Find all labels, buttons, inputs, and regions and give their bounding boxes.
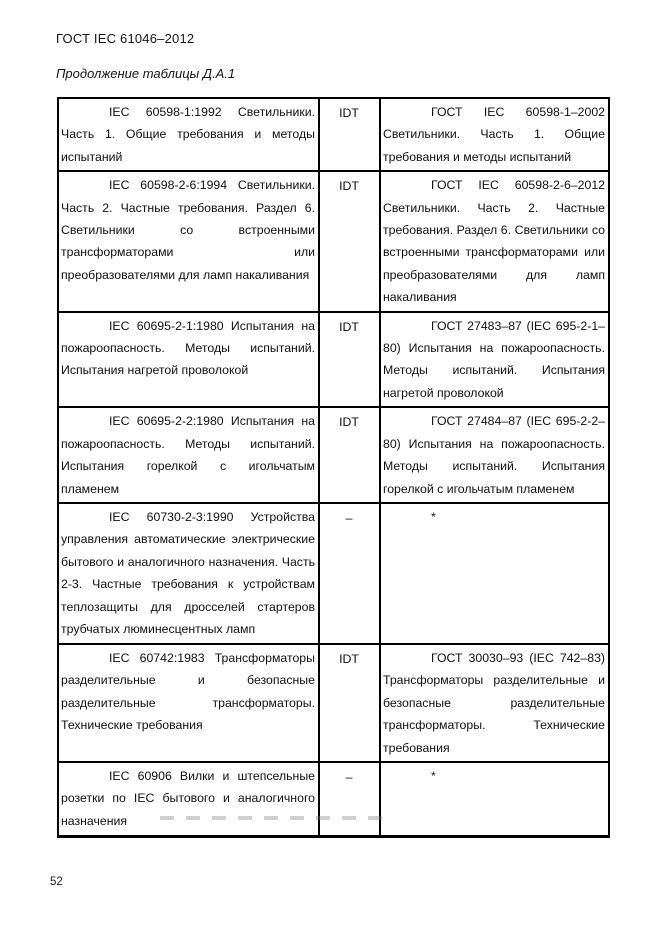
gost-standard-cell: * <box>381 763 608 835</box>
conformity-degree-cell: IDT <box>320 408 381 502</box>
table-continuation-caption: Продолжение таблицы Д.А.1 <box>56 66 235 81</box>
conformity-degree-cell: – <box>320 763 381 835</box>
iec-standard-cell: IEC 60695-2-1:1980 Испытания на пожарооп… <box>59 313 320 407</box>
iec-standard-cell: IEC 60906 Вилки и штепсельные розетки по… <box>59 763 320 835</box>
iec-standard-cell: IEC 60598-2-6:1994 Светильники. Часть 2.… <box>59 172 320 310</box>
table-row: IEC 60598-1:1992 Светильники. Часть 1. О… <box>59 99 608 172</box>
iec-standard-cell: IEC 60598-1:1992 Светильники. Часть 1. О… <box>59 99 320 170</box>
conformity-degree-cell: IDT <box>320 99 381 170</box>
table-row: IEC 60695-2-1:1980 Испытания на пожарооп… <box>59 313 608 409</box>
conformity-degree-cell: IDT <box>320 172 381 310</box>
table-row: IEC 60742:1983 Трансформаторы разделител… <box>59 645 608 763</box>
table-row: IEC 60695-2-2:1980 Испытания на пожарооп… <box>59 408 608 504</box>
page-number: 52 <box>50 876 63 888</box>
gost-standard-cell: ГОСТ 27484–87 (IEC 695-2-2–80) Испытания… <box>381 408 608 502</box>
conformity-degree-cell: IDT <box>320 313 381 407</box>
iec-standard-cell: IEC 60730-2-3:1990 Устройства управления… <box>59 504 320 643</box>
iec-standard-cell: IEC 60695-2-2:1980 Испытания на пожарооп… <box>59 408 320 502</box>
gost-standard-cell: ГОСТ 30030–93 (IEC 742–83) Трансформатор… <box>381 645 608 761</box>
conformity-degree-cell: IDT <box>320 645 381 761</box>
gost-standard-cell: * <box>381 504 608 643</box>
standards-correspondence-table: IEC 60598-1:1992 Светильники. Часть 1. О… <box>57 97 610 838</box>
conformity-degree-cell: – <box>320 504 381 643</box>
gost-standard-cell: ГОСТ IEC 60598-1–2002 Светильники. Часть… <box>381 99 608 170</box>
iec-standard-cell: IEC 60742:1983 Трансформаторы разделител… <box>59 645 320 761</box>
table-row: IEC 60730-2-3:1990 Устройства управления… <box>59 504 608 645</box>
document-title: ГОСТ IEC 61046–2012 <box>56 31 194 46</box>
table-row: IEC 60598-2-6:1994 Светильники. Часть 2.… <box>59 172 608 312</box>
table-row: IEC 60906 Вилки и штепсельные розетки по… <box>59 763 608 835</box>
document-page: ГОСТ IEC 61046–2012 Продолжение таблицы … <box>0 0 661 936</box>
gost-standard-cell: ГОСТ IEC 60598-2-6–2012 Светильники. Час… <box>381 172 608 310</box>
gost-standard-cell: ГОСТ 27483–87 (IEC 695-2-1–80) Испытания… <box>381 313 608 407</box>
